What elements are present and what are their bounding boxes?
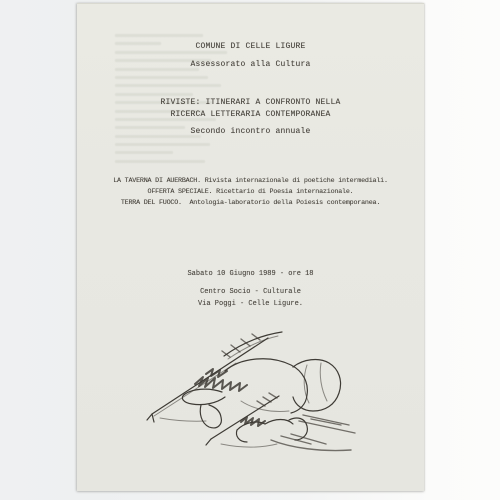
scanned-flyer-page: COMUNE DI CELLE LIGURE Assessorato alla …: [0, 0, 500, 500]
event-subtitle: Secondo incontro annuale: [77, 127, 424, 136]
hand-writing-illustration: [140, 330, 390, 475]
journal-item-taverna-di-auerbach: LA TAVERNA DI AUERBACH. Rivista internaz…: [77, 177, 424, 185]
municipality-title: COMUNE DI CELLE LIGURE: [77, 42, 424, 51]
event-title-line2: RICERCA LETTERARIA CONTEMPORANEA: [77, 110, 424, 119]
event-address: Via Poggi - Celle Ligure.: [77, 300, 424, 308]
event-venue: Centro Socio - Culturale: [77, 288, 424, 296]
event-date: Sabato 10 Giugno 1989 - ore 18: [77, 270, 424, 278]
journal-item-terra-del-fuoco: TERRA DEL FUOCO. Antologia-laboratorio d…: [77, 199, 424, 207]
event-title-line1: RIVISTE: ITINERARI A CONFRONTO NELLA: [77, 98, 424, 107]
journal-item-offerta-speciale: OFFERTA SPECIALE. Ricettario di Poesia i…: [77, 188, 424, 196]
department-subtitle: Assessorato alla Cultura: [77, 60, 424, 69]
